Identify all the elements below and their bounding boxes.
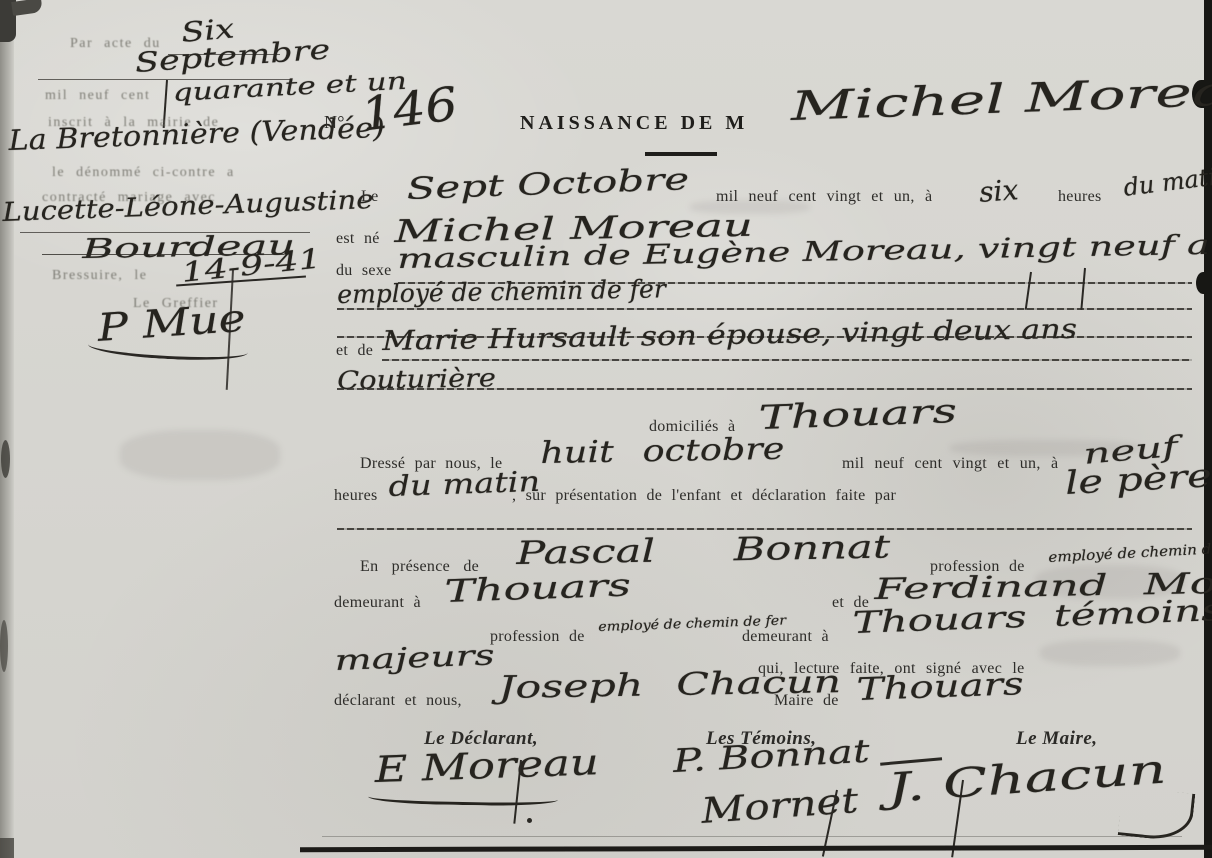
hw-mother-profession: Couturière xyxy=(337,363,496,395)
hw-mother: Marie Hursault son épouse, vingt deux an… xyxy=(382,314,1077,357)
corner-mark-top-left xyxy=(11,0,43,16)
printed-declarant-nous: déclarant et nous, xyxy=(334,692,462,710)
hw-declarant-role: le père xyxy=(1064,456,1212,502)
binding-blotch-3 xyxy=(0,620,8,672)
scan-edge-bump-2 xyxy=(1196,272,1210,294)
bleedthrough-patch xyxy=(1040,640,1180,666)
hw-father-profession: employé de chemin de fer xyxy=(337,274,666,309)
printed-act-year-phrase: mil neuf cent vingt et un, à xyxy=(842,455,1058,473)
hw-birth-moment: du matin xyxy=(1122,161,1212,202)
birth-certificate-scan: Par acte du Six Septembre mil neuf cent … xyxy=(0,0,1212,858)
printed-demeurant-2: demeurant à xyxy=(742,628,829,646)
signature-flourish xyxy=(368,786,558,806)
pen-stroke xyxy=(1080,268,1086,310)
maire-signature-label: Le Maire, xyxy=(1016,728,1098,750)
bleedthrough-patch xyxy=(120,430,280,480)
printed-year-phrase: mil neuf cent vingt et un, à xyxy=(716,188,932,206)
printed-profession-2: profession de xyxy=(490,628,585,646)
ruled-line xyxy=(337,388,1192,390)
printed-et-de: et de xyxy=(336,342,373,360)
title-underline xyxy=(645,152,717,156)
printed-presentation: , sur présentation de l'enfant et déclar… xyxy=(512,487,896,505)
hw-birth-hour: six xyxy=(978,173,1019,209)
signature-flourish xyxy=(1118,786,1196,842)
act-title: NAISSANCE DE M xyxy=(520,112,748,135)
pen-stroke xyxy=(1025,272,1032,310)
hw-act-date: huit octobre xyxy=(540,432,785,471)
witness1-signature: P. Bonnat xyxy=(672,732,870,780)
printed-du-sexe: du sexe xyxy=(336,262,392,280)
printed-le: Le xyxy=(361,188,378,206)
hw-witness1-domicile: Thouars xyxy=(444,567,631,609)
numero-label: N° xyxy=(324,112,345,133)
numero-value: 146 xyxy=(358,76,460,141)
printed-demeurant-1: demeurant à xyxy=(334,594,421,612)
printed-est-ne: est né xyxy=(336,230,380,248)
declarant-signature: E Moreau xyxy=(374,742,600,791)
child-name-header: Michel Moreau xyxy=(790,67,1212,130)
signature-dot xyxy=(527,818,532,823)
hw-witness1-profession: employé de chemin de fer xyxy=(1048,540,1212,566)
ruled-line xyxy=(382,359,1192,361)
margin-printed-bressuire: Bressuire, le xyxy=(52,268,147,284)
binding-blotch-4 xyxy=(0,838,14,858)
hw-majeurs: majeurs xyxy=(334,638,495,677)
margin-printed-denomme: le dénommé ci-contre a xyxy=(52,165,235,181)
witness2-signature: Mornet xyxy=(700,781,860,832)
hw-witness1: Pascal Bonnat xyxy=(516,527,890,572)
ruled-line xyxy=(337,308,1192,310)
margin-printed-mil-neuf-cent: mil neuf cent xyxy=(45,88,150,104)
bottom-faint-line xyxy=(322,836,1182,837)
bottom-thick-line xyxy=(300,845,1212,852)
hw-domicile: Thouars xyxy=(758,391,958,437)
scan-edge-right xyxy=(1204,0,1212,858)
hw-mayor-commune: Thouars xyxy=(856,666,1024,708)
binding-blotch-2 xyxy=(1,440,10,478)
printed-heures-2: heures xyxy=(334,487,378,505)
hw-birth-date: Sept Octobre xyxy=(406,162,690,207)
printed-heures: heures xyxy=(1058,188,1102,206)
printed-maire-de: Maire de xyxy=(774,692,839,710)
